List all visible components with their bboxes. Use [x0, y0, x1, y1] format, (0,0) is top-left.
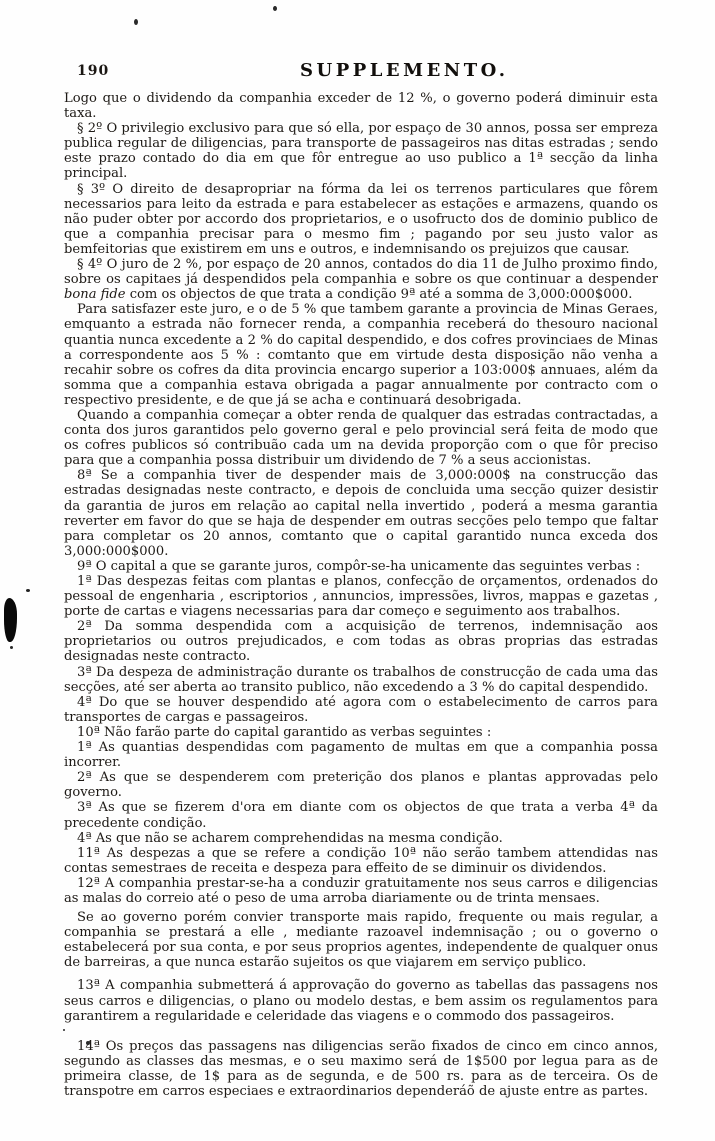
paragraph: 9ª O capital a que se garante juros, com…	[64, 559, 658, 574]
italic-text: bona fide	[64, 287, 126, 302]
ink-speck-artifact	[26, 589, 30, 592]
text-segment: 9ª O capital a que se garante juros, com…	[77, 559, 640, 574]
document-page: 190 SUPPLEMENTO. Logo que o dividendo da…	[0, 0, 715, 1141]
text-segment: Logo que o dividendo da companhia excede…	[64, 91, 658, 121]
paragraph: 1ª Das despezas feitas com plantas e pla…	[64, 574, 658, 619]
text-segment: 2ª Da somma despendida com a acquisição …	[64, 619, 658, 664]
text-segment: § 4º O juro de 2 %, por espaço de 20 ann…	[64, 257, 658, 287]
paragraph: 4ª Do que se houver despendido até agora…	[64, 695, 658, 725]
text-segment: Para satisfazer este juro, e o de 5 % qu…	[64, 302, 658, 408]
text-segment: 1ª Das despezas feitas com plantas e pla…	[64, 574, 658, 619]
text-segment: 12ª A companhia prestar-se-ha a conduzir…	[64, 876, 658, 906]
paragraph: 12ª A companhia prestar-se-ha a conduzir…	[64, 876, 658, 906]
paragraph: 2ª As que se despenderem com preterição …	[64, 770, 658, 800]
text-segment: com os objectos de que trata a condição …	[126, 287, 633, 302]
text-segment: 3ª As que se fizerem d'ora em diante com…	[64, 800, 658, 830]
ink-speck-artifact	[134, 19, 138, 25]
ink-speck-artifact	[63, 1029, 65, 1031]
text-segment: § 3º O direito de desapropriar na fórma …	[64, 182, 658, 257]
paragraph: Quando a companhia começar a obter renda…	[64, 408, 658, 468]
text-segment: 3ª Da despeza de administração durante o…	[64, 665, 658, 695]
paragraph: 11ª As despezas a que se refere a condiç…	[64, 846, 658, 876]
page-number: 190	[77, 63, 109, 79]
ink-speck-artifact	[273, 6, 277, 11]
paragraph: 1ª As quantias despendidas com pagamento…	[64, 740, 658, 770]
text-segment: 2ª As que se despenderem com preterição …	[64, 770, 658, 800]
paragraph: 10ª Não farão parte do capital garantido…	[64, 725, 658, 740]
paragraph: Se ao governo porém convier transporte m…	[64, 910, 658, 970]
ink-blot-artifact	[4, 598, 17, 642]
paragraph: 3ª As que se fizerem d'ora em diante com…	[64, 800, 658, 830]
text-segment: 4ª Do que se houver despendido até agora…	[64, 695, 658, 725]
text-segment: 13ª A companhia submetterá á approvação …	[64, 978, 658, 1023]
paragraph: 13ª A companhia submetterá á approvação …	[64, 978, 658, 1023]
text-segment: 8ª Se a companhia tiver de despender mai…	[64, 468, 658, 558]
text-segment: 14ª Os preços das passagens nas diligenc…	[64, 1039, 658, 1099]
text-segment: Se ao governo porém convier transporte m…	[64, 910, 658, 970]
paragraph: § 3º O direito de desapropriar na fórma …	[64, 182, 658, 257]
paragraph: Logo que o dividendo da companhia excede…	[64, 91, 658, 121]
text-segment: Quando a companhia começar a obter renda…	[64, 408, 658, 468]
text-segment: 11ª As despezas a que se refere a condiç…	[64, 846, 658, 876]
paragraph: § 2º O privilegio exclusivo para que só …	[64, 121, 658, 181]
page-title: SUPPLEMENTO.	[300, 60, 509, 81]
paragraph: 8ª Se a companhia tiver de despender mai…	[64, 468, 658, 559]
paragraph: 3ª Da despeza de administração durante o…	[64, 665, 658, 695]
paragraph: 14ª Os preços das passagens nas diligenc…	[64, 1039, 658, 1099]
paragraph: Para satisfazer este juro, e o de 5 % qu…	[64, 302, 658, 408]
document-body: Logo que o dividendo da companhia excede…	[64, 91, 658, 1099]
text-segment: 4ª As que não se acharem comprehendidas …	[77, 831, 503, 846]
paragraph: 2ª Da somma despendida com a acquisição …	[64, 619, 658, 664]
text-segment: § 2º O privilegio exclusivo para que só …	[64, 121, 658, 181]
paragraph: 4ª As que não se acharem comprehendidas …	[64, 831, 658, 846]
ink-speck-artifact	[10, 646, 13, 649]
text-segment: 1ª As quantias despendidas com pagamento…	[64, 740, 658, 770]
paragraph: § 4º O juro de 2 %, por espaço de 20 ann…	[64, 257, 658, 302]
text-segment: 10ª Não farão parte do capital garantido…	[77, 725, 491, 740]
ink-speck-artifact	[86, 1041, 90, 1045]
